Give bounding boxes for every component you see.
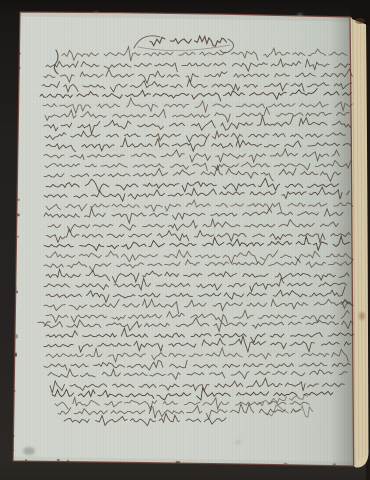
edge-fleck (15, 353, 16, 356)
edge-fleck (284, 463, 288, 464)
edge-fleck (15, 286, 16, 290)
edge-fleck (17, 214, 19, 217)
stain (297, 14, 303, 17)
edge-fleck (16, 334, 18, 338)
edge-fleck (16, 290, 17, 293)
stain (207, 54, 211, 57)
edge-fleck (57, 459, 60, 461)
edge-fleck (176, 461, 180, 463)
edge-fleck (67, 460, 69, 462)
edge-fleck (14, 390, 16, 392)
manuscript-scan (0, 0, 370, 480)
edge-fleck (13, 435, 14, 437)
edge-fleck (19, 52, 21, 54)
edge-fleck (25, 459, 27, 461)
edge-fleck (333, 464, 336, 466)
stain (315, 428, 325, 434)
paper-texture (10, 10, 356, 468)
scan-image (0, 0, 370, 480)
binding-corner-leather (355, 18, 365, 24)
edge-fleck (13, 449, 14, 451)
edge-fleck (19, 67, 21, 70)
stain (23, 447, 35, 455)
stain (359, 312, 365, 320)
edge-fleck (17, 236, 19, 238)
edge-fleck (17, 199, 19, 201)
stain (235, 440, 241, 444)
stain (94, 12, 99, 14)
